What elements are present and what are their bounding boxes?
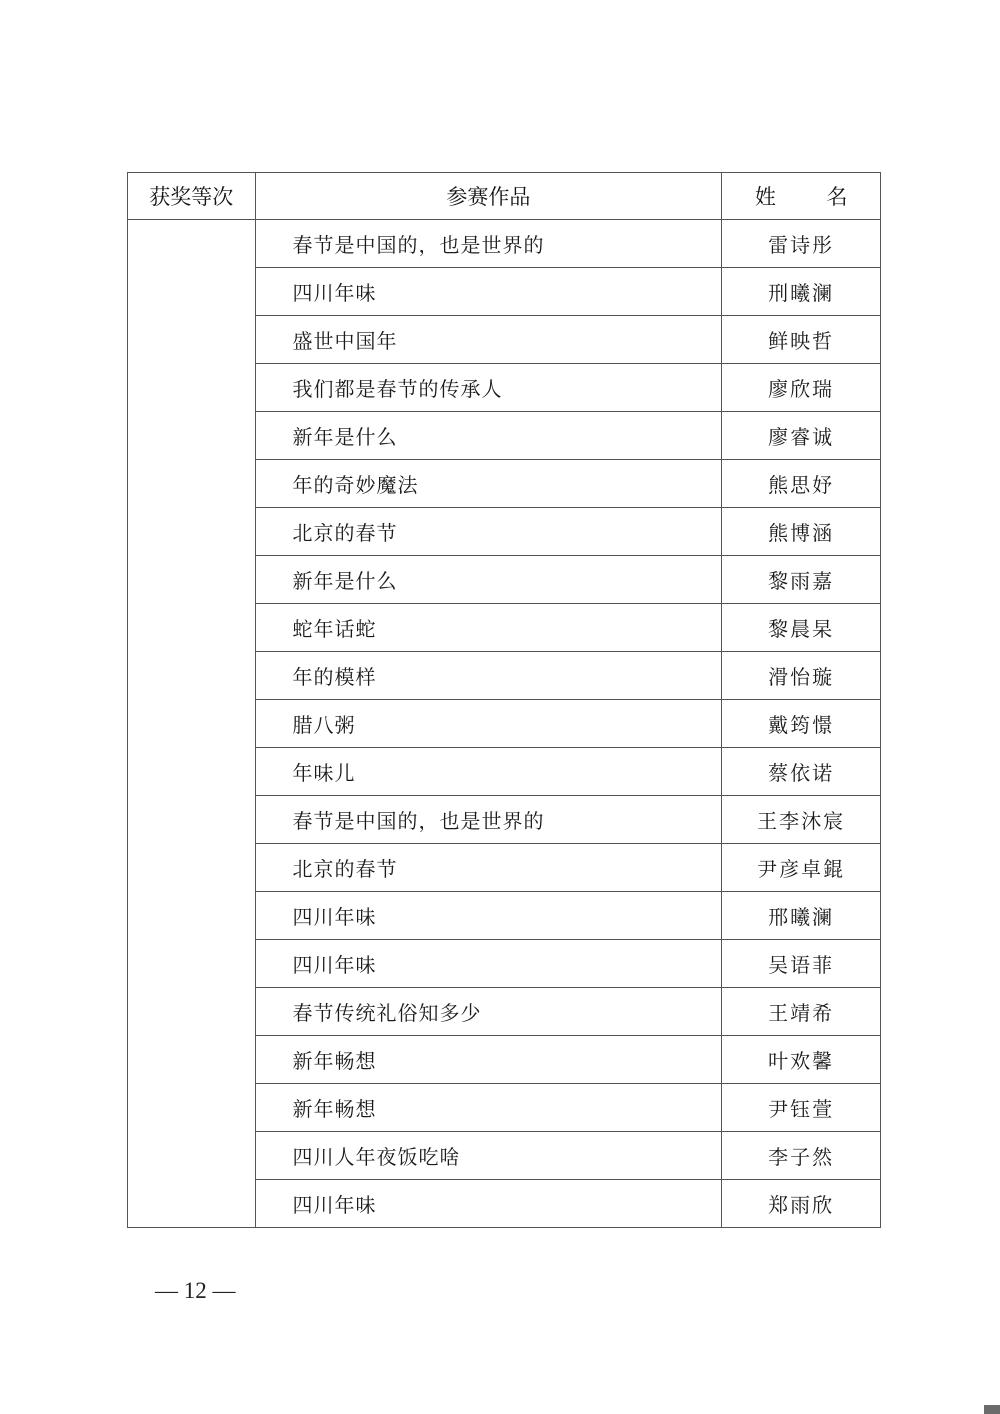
work-title-cell: 四川年味 (255, 1180, 722, 1228)
award-table: 获奖等次 参赛作品 姓 名 春节是中国的，也是世界的雷诗彤四川年味刑曦澜盛世中国… (127, 172, 881, 1228)
participant-name-cell: 尹彦卓錕 (722, 844, 881, 892)
participant-name-cell: 李子然 (722, 1132, 881, 1180)
work-title-cell: 北京的春节 (255, 844, 722, 892)
work-title-cell: 北京的春节 (255, 508, 722, 556)
participant-name-cell: 廖睿诚 (722, 412, 881, 460)
work-title-cell: 新年是什么 (255, 556, 722, 604)
participant-name-cell: 叶欢馨 (722, 1036, 881, 1084)
work-title-cell: 四川人年夜饭吃啥 (255, 1132, 722, 1180)
work-title-cell: 蛇年话蛇 (255, 604, 722, 652)
work-title-cell: 盛世中国年 (255, 316, 722, 364)
participant-name-cell: 吴语菲 (722, 940, 881, 988)
work-title-cell: 春节是中国的，也是世界的 (255, 796, 722, 844)
table-row: 春节是中国的，也是世界的雷诗彤 (128, 220, 881, 268)
participant-name-cell: 戴筠憬 (722, 700, 881, 748)
work-title-cell: 新年畅想 (255, 1036, 722, 1084)
participant-name-cell: 郑雨欣 (722, 1180, 881, 1228)
participant-name-cell: 黎雨嘉 (722, 556, 881, 604)
rank-cell (128, 220, 256, 1228)
participant-name-cell: 黎晨杲 (722, 604, 881, 652)
participant-name-cell: 王李沐宸 (722, 796, 881, 844)
participant-name-cell: 廖欣瑞 (722, 364, 881, 412)
work-title-cell: 新年是什么 (255, 412, 722, 460)
work-title-cell: 春节传统礼俗知多少 (255, 988, 722, 1036)
work-title-cell: 年的模样 (255, 652, 722, 700)
participant-name-cell: 刑曦澜 (722, 268, 881, 316)
work-title-cell: 春节是中国的，也是世界的 (255, 220, 722, 268)
header-work: 参赛作品 (255, 173, 722, 220)
work-title-cell: 腊八粥 (255, 700, 722, 748)
work-title-cell: 年的奇妙魔法 (255, 460, 722, 508)
participant-name-cell: 雷诗彤 (722, 220, 881, 268)
header-name: 姓 名 (722, 173, 881, 220)
participant-name-cell: 邢曦澜 (722, 892, 881, 940)
participant-name-cell: 滑怡璇 (722, 652, 881, 700)
page-number: — 12 — (155, 1278, 236, 1304)
work-title-cell: 新年畅想 (255, 1084, 722, 1132)
participant-name-cell: 熊思妤 (722, 460, 881, 508)
participant-name-cell: 熊博涵 (722, 508, 881, 556)
work-title-cell: 四川年味 (255, 268, 722, 316)
participant-name-cell: 鲜映哲 (722, 316, 881, 364)
participant-name-cell: 蔡依诺 (722, 748, 881, 796)
participant-name-cell: 尹钰萱 (722, 1084, 881, 1132)
work-title-cell: 四川年味 (255, 940, 722, 988)
table-body: 春节是中国的，也是世界的雷诗彤四川年味刑曦澜盛世中国年鲜映哲我们都是春节的传承人… (128, 220, 881, 1228)
header-row: 获奖等次 参赛作品 姓 名 (128, 173, 881, 220)
participant-name-cell: 王靖希 (722, 988, 881, 1036)
work-title-cell: 年味儿 (255, 748, 722, 796)
work-title-cell: 我们都是春节的传承人 (255, 364, 722, 412)
work-title-cell: 四川年味 (255, 892, 722, 940)
corner-mark (984, 1405, 1000, 1414)
header-rank: 获奖等次 (128, 173, 256, 220)
